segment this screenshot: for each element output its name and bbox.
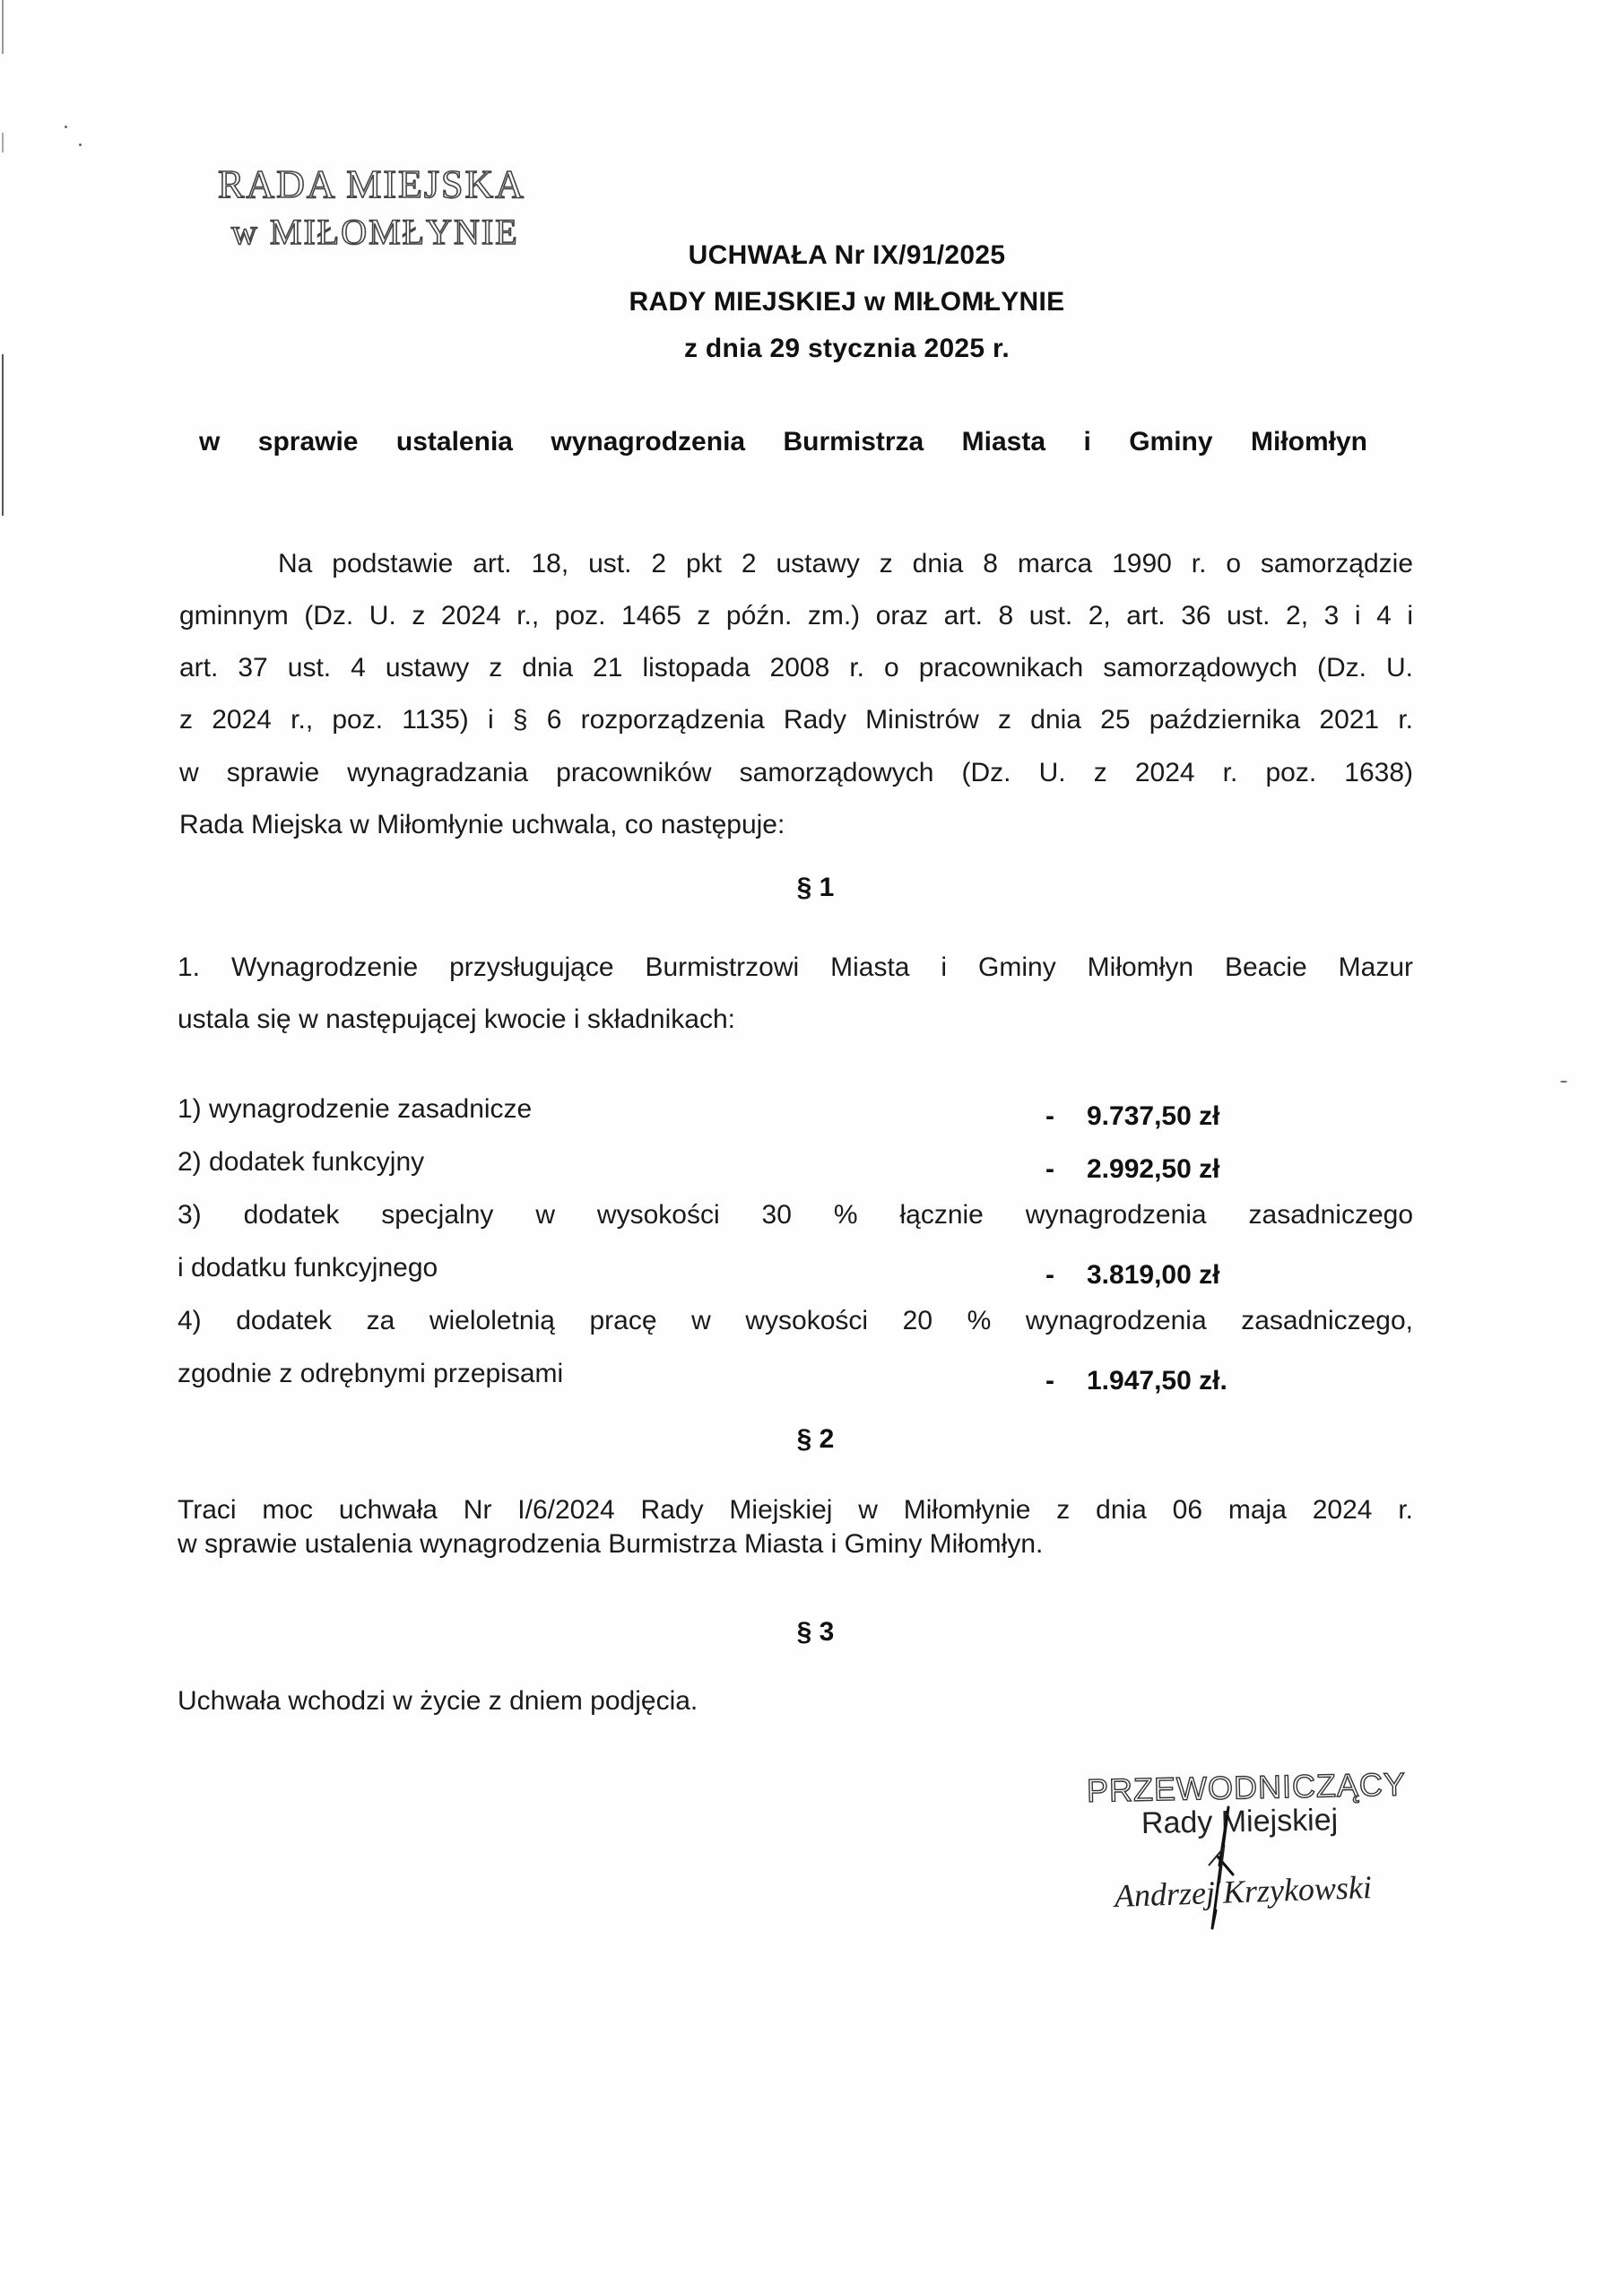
- salary-item-label: i dodatku funkcyjnego: [178, 1253, 438, 1283]
- section-1-intro-line: ustala się w następującej kwocie i skład…: [178, 1004, 735, 1035]
- scan-edge-mark: [2, 0, 4, 54]
- resolution-issuer: RADY MIEJSKIEJ w MIŁOMŁYNIE: [0, 287, 1622, 317]
- salary-item-dash: -: [1045, 1260, 1054, 1291]
- preamble-line: Rada Miejska w Miłomłynie uchwala, co na…: [179, 810, 785, 840]
- resolution-number: UCHWAŁA Nr IX/91/2025: [0, 240, 1622, 271]
- document-page: RADA MIEJSKA w MIŁOMŁYNIE UCHWAŁA Nr IX/…: [0, 0, 1622, 2296]
- salary-item-label: 2) dodatek funkcyjny: [178, 1147, 424, 1178]
- salary-item-dash: -: [1045, 1366, 1054, 1396]
- scan-speck: [65, 126, 67, 128]
- salary-item-dash: -: [1045, 1154, 1054, 1185]
- section-1-intro-line: 1. Wynagrodzenie przysługujące Burmistrz…: [178, 952, 1413, 983]
- preamble-line: gminnym (Dz. U. z 2024 r., poz. 1465 z p…: [179, 601, 1413, 631]
- salary-item-amount: 3.819,00 zł: [1087, 1260, 1219, 1291]
- preamble-line: art. 37 ust. 4 ustawy z dnia 21 listopad…: [179, 653, 1413, 683]
- salary-item-dash: -: [1045, 1101, 1054, 1132]
- salary-item-label: 3) dodatek specjalny w wysokości 30 % łą…: [178, 1200, 1413, 1231]
- section-2-heading: § 2: [0, 1424, 1622, 1455]
- scan-speck: [1560, 1081, 1567, 1083]
- salary-item-label: 1) wynagrodzenie zasadnicze: [178, 1094, 532, 1125]
- scan-edge-mark: [2, 133, 4, 152]
- preamble-line: w sprawie wynagradzania pracowników samo…: [179, 758, 1413, 788]
- preamble-line: z 2024 r., poz. 1135) i § 6 rozporządzen…: [179, 705, 1413, 735]
- salary-item-amount: 9.737,50 zł: [1087, 1101, 1219, 1132]
- handwritten-signature-icon: [1193, 1803, 1264, 1937]
- section-2-line: w sprawie ustalenia wynagrodzenia Burmis…: [178, 1529, 1043, 1560]
- section-2-line: Traci moc uchwała Nr I/6/2024 Rady Miejs…: [178, 1495, 1413, 1526]
- salary-item-amount: 1.947,50 zł.: [1087, 1366, 1227, 1396]
- scan-speck: [79, 143, 82, 146]
- resolution-subject: w sprawie ustalenia wynagrodzenia Burmis…: [199, 427, 1367, 457]
- section-3-text: Uchwała wchodzi w życie z dniem podjęcia…: [178, 1686, 698, 1717]
- section-1-heading: § 1: [0, 873, 1622, 903]
- section-3-heading: § 3: [0, 1617, 1622, 1648]
- preamble-line: Na podstawie art. 18, ust. 2 pkt 2 ustaw…: [278, 549, 1413, 579]
- salary-item-label: 4) dodatek za wieloletnią pracę w wysoko…: [178, 1306, 1413, 1336]
- council-stamp-line1: RADA MIEJSKA: [218, 161, 525, 207]
- resolution-date: z dnia 29 stycznia 2025 r.: [0, 334, 1622, 364]
- scan-edge-mark: [2, 354, 4, 516]
- salary-item-label: zgodnie z odrębnymi przepisami: [178, 1359, 563, 1389]
- salary-item-amount: 2.992,50 zł: [1087, 1154, 1219, 1185]
